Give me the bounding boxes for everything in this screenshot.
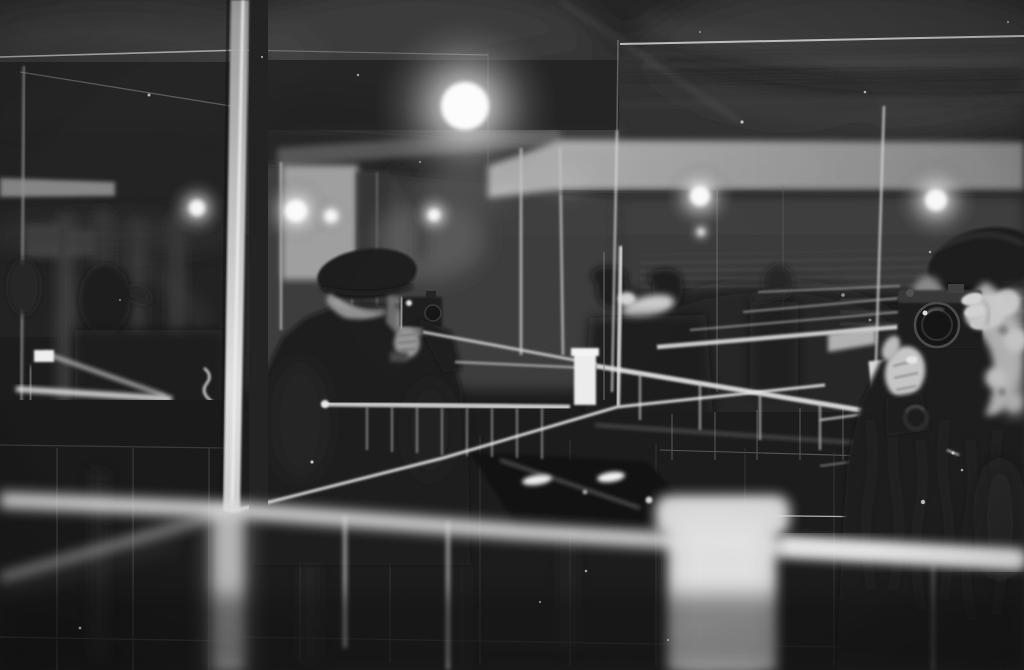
photograph — [0, 0, 1024, 670]
vignette — [0, 0, 1024, 670]
photo-canvas — [0, 0, 1024, 670]
